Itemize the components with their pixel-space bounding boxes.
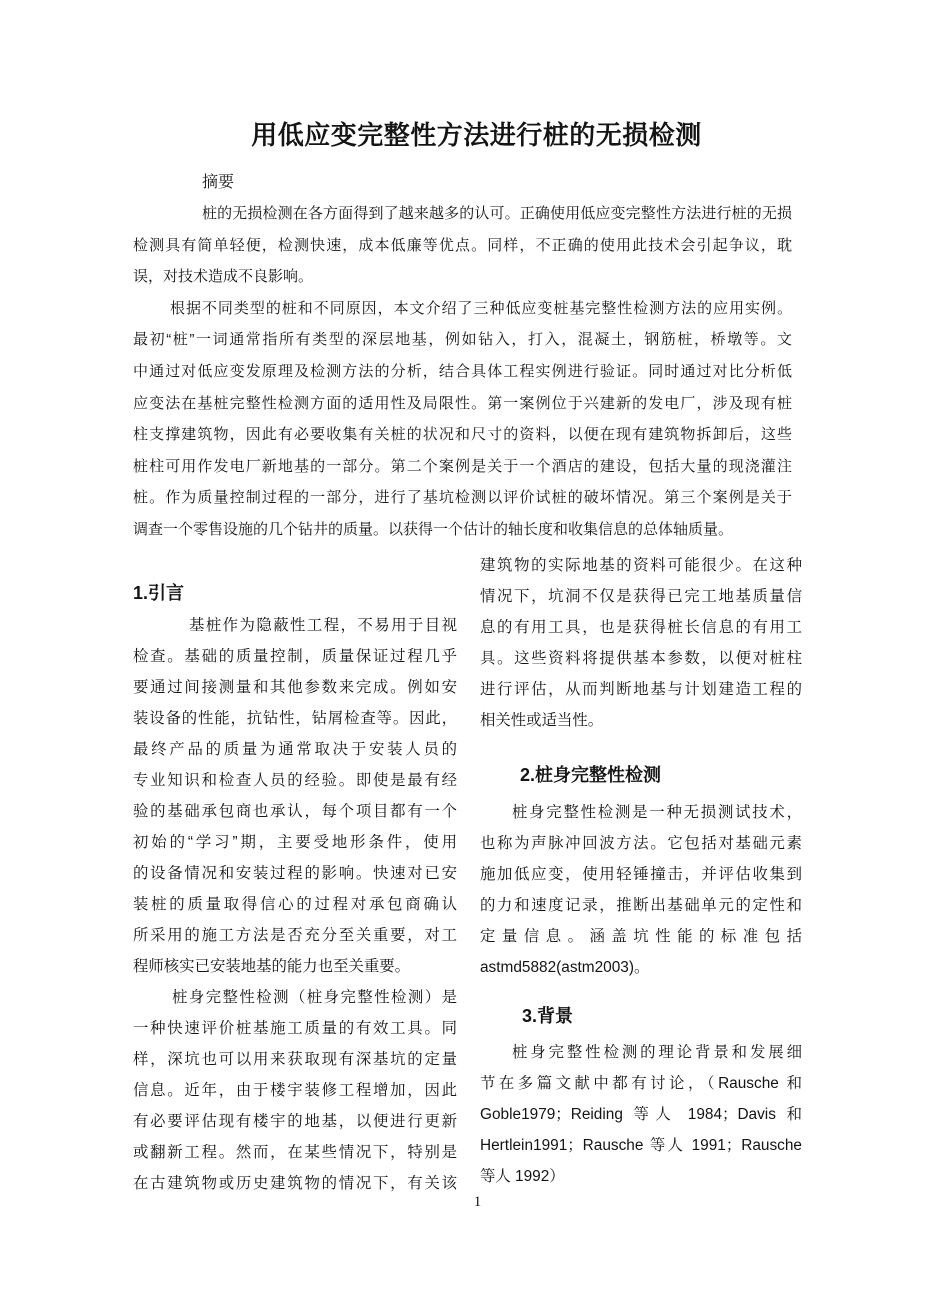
text-line: 息的有用工具，也是获得桩长信息的有用工 [480, 612, 802, 643]
text-line: 节在多篇文献中都有讨论，（Rausche 和 [480, 1068, 802, 1099]
text-line: 装设备的性能，抗钻性，钻屑检查等。因此， [133, 703, 457, 734]
text-line: 根据不同类型的桩和不同原因，本文介绍了三种低应变桩基完整性检测方法的应用实例。 [133, 293, 792, 325]
text-line: 施加低应变，使用轻锤撞击，并评估收集到 [480, 859, 802, 890]
page-number: 1 [0, 1192, 925, 1212]
text-line: 误，对技术造成不良影响。 [133, 261, 792, 293]
text-line: 有必要评估现有楼宇的地基，以便进行更新 [133, 1106, 457, 1137]
text-line: 进行评估，从而判断地基与计划建造工程的 [480, 674, 802, 705]
text-line: Hertlein1991；Rausche 等人 1991；Rausche [480, 1130, 802, 1161]
abstract-label: 摘要 [202, 172, 234, 194]
text-line: 桩。作为质量控制过程的一部分，进行了基坑检测以评价试桩的破坏情况。第三个案例是关… [133, 482, 792, 514]
section-heading: 2.桩身完整性检测 [480, 764, 802, 786]
text-line: 等人 1992） [480, 1161, 802, 1192]
text-line: 所采用的施工方法是否充分至关重要，对工 [133, 920, 457, 951]
text-line: 的力和速度记录，推断出基础单元的定性和 [480, 890, 802, 921]
text-line: 桩身完整性检测（桩身完整性检测）是 [133, 982, 457, 1013]
text-line: 定量信息。涵盖坑性能的标准包括 [480, 921, 802, 952]
text-line: Goble1979；Reiding 等人 1984；Davis 和 [480, 1099, 802, 1130]
abstract-body: 桩的无损检测在各方面得到了越来越多的认可。正确使用低应变完整性方法进行桩的无损检… [133, 198, 792, 546]
text-line: 专业知识和检查人员的经验。即使是最有经 [133, 765, 457, 796]
text-line: 调查一个零售设施的几个钻井的质量。以获得一个估计的轴长度和收集信息的总体轴质量。 [133, 514, 792, 546]
section-heading: 1.引言 [133, 582, 457, 604]
text-line: 桩身完整性检测是一种无损测试技术， [480, 797, 802, 828]
column-left: 1.引言基桩作为隐蔽性工程，不易用于目视检查。基础的质量控制，质量保证过程几乎要… [133, 550, 457, 1199]
text-line: 一种快速评价桩基施工质量的有效工具。同 [133, 1013, 457, 1044]
text-line: 柱支撑建筑物，因此有必要收集有关桩的状况和尺寸的资料，以便在现有建筑物拆卸后，这… [133, 419, 792, 451]
text-line: 相关性或适当性。 [480, 705, 802, 736]
document-page: 用低应变完整性方法进行桩的无损检测 摘要 桩的无损检测在各方面得到了越来越多的认… [0, 0, 925, 1309]
text-line: 建筑物的实际地基的资料可能很少。在这种 [480, 550, 802, 581]
text-line: 桩的无损检测在各方面得到了越来越多的认可。正确使用低应变完整性方法进行桩的无损 [133, 198, 792, 230]
text-line: 或翻新工程。然而，在某些情况下，特别是 [133, 1137, 457, 1168]
two-column-body: 1.引言基桩作为隐蔽性工程，不易用于目视检查。基础的质量控制，质量保证过程几乎要… [133, 550, 804, 1199]
text-line: astmd5882(astm2003)。 [480, 952, 802, 983]
text-line: 初始的“学习”期，主要受地形条件，使用 [133, 827, 457, 858]
text-line: 验的基础承包商也承认，每个项目都有一个 [133, 796, 457, 827]
text-line: 程师核实已安装地基的能力也至关重要。 [133, 951, 457, 982]
text-line: 最终产品的质量为通常取决于安装人员的 [133, 734, 457, 765]
text-line: 样，深坑也可以用来获取现有深基坑的定量 [133, 1044, 457, 1075]
text-line: 要通过间接测量和其他参数来完成。例如安 [133, 672, 457, 703]
document-title: 用低应变完整性方法进行桩的无损检测 [133, 116, 800, 154]
text-line: 基桩作为隐蔽性工程，不易用于目视 [133, 610, 457, 641]
text-line: 桩柱可用作发电厂新地基的一部分。第二个案例是关于一个酒店的建设，包括大量的现浇灌… [133, 451, 792, 483]
text-line: 最初“桩”一词通常指所有类型的深层地基，例如钻入，打入，混凝土，钢筋桩，桥墩等。… [133, 324, 792, 356]
section-heading: 3.背景 [480, 1005, 802, 1027]
text-line: 中通过对低应变发原理及检测方法的分析，结合具体工程实例进行验证。同时通过对比分析… [133, 356, 792, 388]
text-line: 应变法在基桩完整性检测方面的适用性及局限性。第一案例位于兴建新的发电厂，涉及现有… [133, 388, 792, 420]
text-line: 装桩的质量取得信心的过程对承包商确认 [133, 889, 457, 920]
text-line: 信息。近年，由于楼宇装修工程增加，因此 [133, 1075, 457, 1106]
text-line: 检测具有简单轻便，检测快速，成本低廉等优点。同样，不正确的使用此技术会引起争议，… [133, 230, 792, 262]
text-line: 桩身完整性检测的理论背景和发展细 [480, 1037, 802, 1068]
column-right: 建筑物的实际地基的资料可能很少。在这种情况下，坑洞不仅是获得已完工地基质量信息的… [480, 550, 802, 1199]
text-line: 情况下，坑洞不仅是获得已完工地基质量信 [480, 581, 802, 612]
text-line: 具。这些资料将提供基本参数，以便对桩柱 [480, 643, 802, 674]
text-line: 的设备情况和安装过程的影响。快速对已安 [133, 858, 457, 889]
text-line: 也称为声脉冲回波方法。它包括对基础元素 [480, 828, 802, 859]
text-line: 检查。基础的质量控制，质量保证过程几乎 [133, 641, 457, 672]
